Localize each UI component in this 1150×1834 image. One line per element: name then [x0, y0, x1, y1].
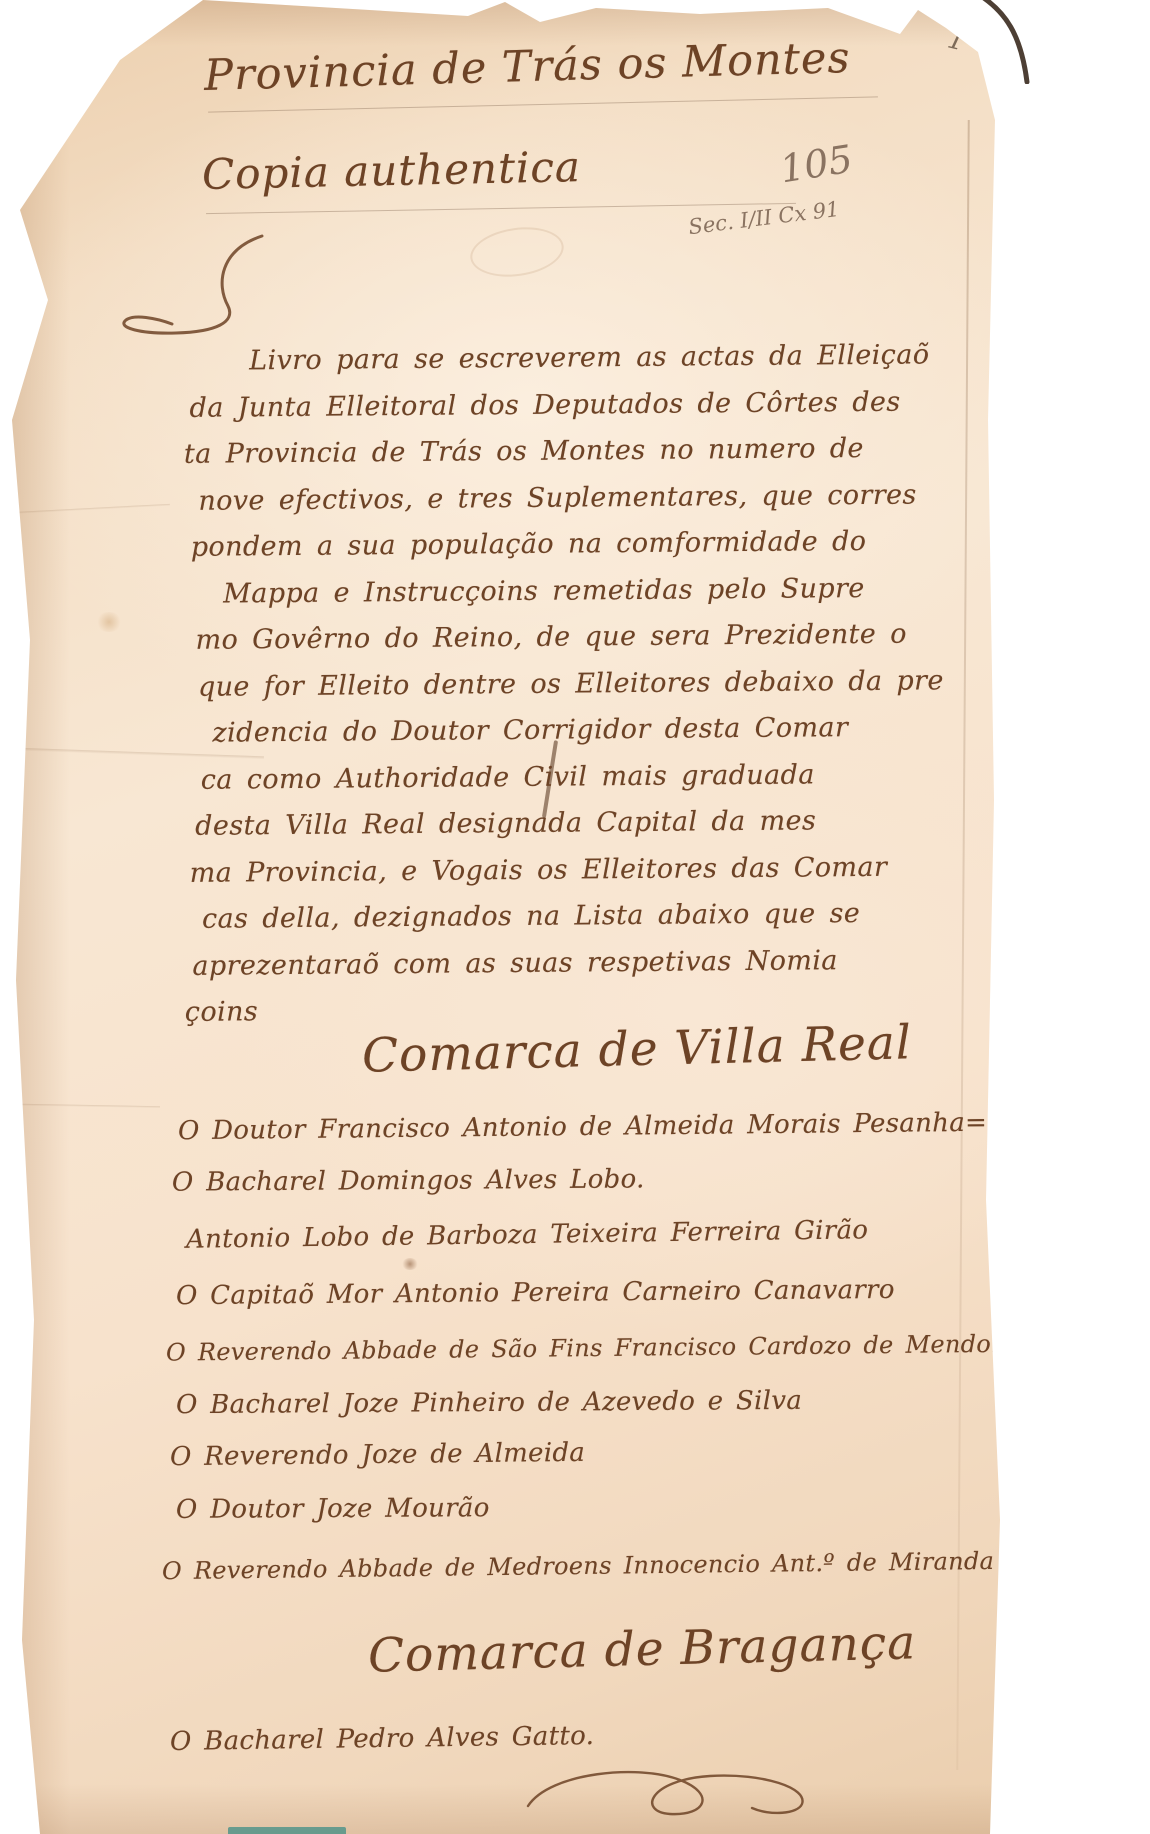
paragraph-line: zidencia do Doutor Corrigidor desta Coma…: [212, 705, 846, 757]
pencil-guide-line: [208, 96, 878, 112]
elector-name: Antonio Lobo de Barboza Teixeira Ferreir…: [186, 1215, 869, 1255]
page-subtitle: Copia authentica: [202, 142, 582, 199]
elector-name: O Capitaõ Mor Antonio Pereira Carneiro C…: [176, 1275, 895, 1311]
stain-spot: [402, 1258, 418, 1270]
elector-name: O Bacharel Joze Pinheiro de Azevedo e Si…: [176, 1386, 802, 1420]
elector-name: O Doutor Joze Mourão: [176, 1493, 490, 1525]
vertical-crease: [956, 120, 970, 1770]
paragraph-line: cas della, dezignados na Lista abaixo qu…: [202, 891, 848, 943]
page-number: 1: [945, 24, 968, 57]
paragraph-line: pondem a sua população na comformidade d…: [191, 519, 845, 571]
stain-ring: [467, 222, 567, 283]
paragraph-line: mo Govêrno do Reino, de que sera Prezide…: [195, 612, 845, 664]
stain-spot: [1008, 1290, 1048, 1350]
stain-spot: [96, 612, 122, 632]
page-title: Provincia de Trás os Montes: [203, 33, 851, 101]
paragraph-line: ca como Authoridade Civil mais graduada: [201, 752, 847, 804]
paragraph-line: desta Villa Real designada Capital da me…: [195, 798, 847, 850]
bottom-edge-mark: [228, 1827, 346, 1834]
elector-name: O Reverendo Joze de Almeida: [170, 1438, 585, 1472]
elector-name: O Doutor Francisco Antonio de Almeida Mo…: [178, 1108, 987, 1146]
paper-sheet: 1 Provincia de Trás os Montes Copia auth…: [0, 0, 1150, 1834]
main-paragraph: Livro para se escreverem as actas da Ell…: [183, 333, 849, 1036]
initial-letter-flourish: [112, 232, 312, 342]
paragraph-line: ma Provincia, e Vogais os Elleitores das…: [189, 845, 847, 897]
end-flourish: [520, 1758, 820, 1828]
binding-edge-curl: [975, 0, 1055, 84]
fold-crease: [10, 504, 170, 514]
paragraph-line: ta Provincia de Trás os Montes no numero…: [184, 426, 844, 478]
paragraph-line: que for Elleito dentre os Elleitores deb…: [198, 659, 846, 711]
elector-name: O Bacharel Pedro Alves Gatto.: [170, 1721, 595, 1757]
paragraph-line: Livro para se escreverem as actas da Ell…: [249, 333, 843, 385]
fold-crease: [20, 1104, 160, 1108]
elector-name: O Bacharel Domingos Alves Lobo.: [172, 1164, 645, 1197]
elector-name: O Reverendo Abbade de Medroens Innocenci…: [162, 1547, 994, 1585]
paragraph-line: nove efectivos, e tres Suplementares, qu…: [198, 473, 844, 525]
paragraph-line: Mappa e Instrucçoins remetidas pelo Supr…: [223, 566, 845, 618]
manuscript-scan: 1 Provincia de Trás os Montes Copia auth…: [0, 0, 1150, 1834]
section-heading-braganca: Comarca de Bragança: [367, 1615, 916, 1683]
paragraph-line: da Junta Elleitoral dos Deputados de Côr…: [189, 380, 843, 432]
paragraph-line: aprezentaraõ com as suas respetivas Nomi…: [192, 938, 848, 990]
elector-name: O Reverendo Abbade de São Fins Francisco…: [166, 1329, 1035, 1366]
archive-number-annotation: 105: [777, 137, 856, 192]
